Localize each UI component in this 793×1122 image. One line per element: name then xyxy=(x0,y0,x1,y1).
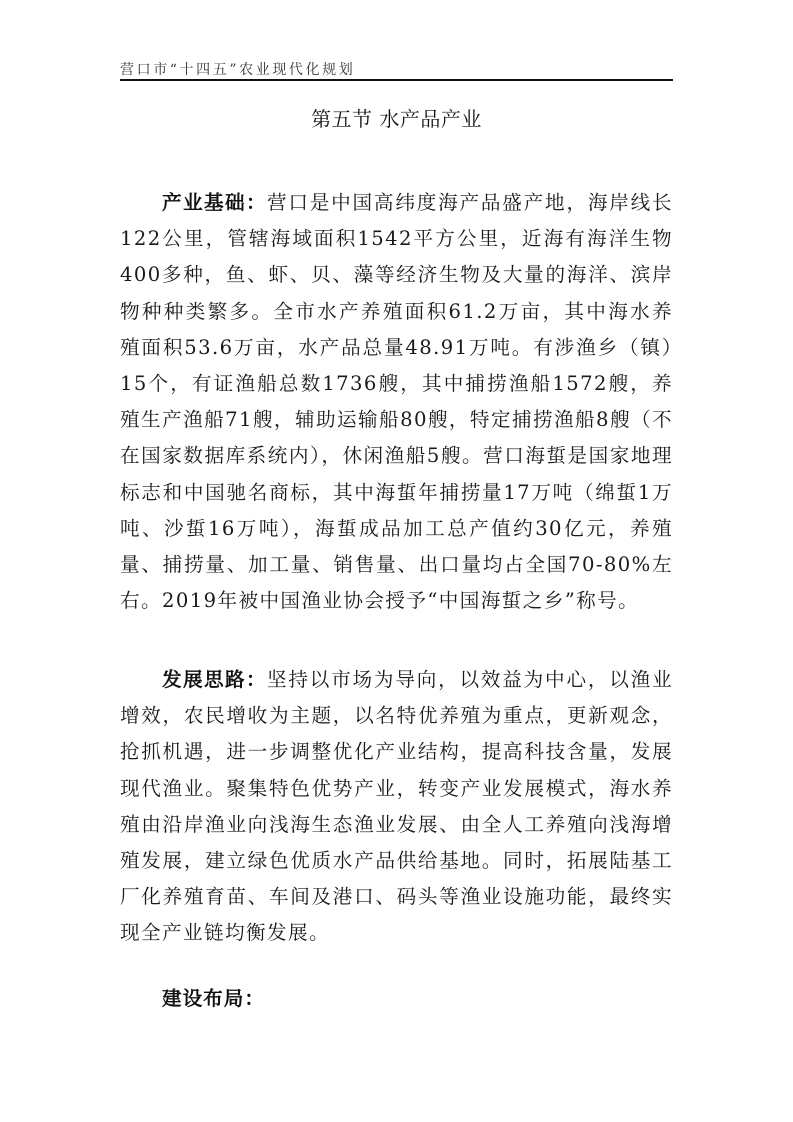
paragraph-lead: 产业基础： xyxy=(162,191,267,214)
paragraph: 建设布局： xyxy=(120,981,673,1017)
header-divider xyxy=(120,79,673,81)
paragraph-industry-foundation: 产业基础：营口是中国高纬度海产品盛产地，海岸线长122公里，管辖海域面积1542… xyxy=(120,185,673,619)
section-title: 第五节 水产品产业 xyxy=(0,106,793,132)
paragraph-lead: 发展思路： xyxy=(162,668,267,691)
paragraph: 产业基础：营口是中国高纬度海产品盛产地，海岸线长122公里，管辖海域面积1542… xyxy=(120,185,673,619)
document-page: 营口市“十四五”农业现代化规划 第五节 水产品产业 产业基础：营口是中国高纬度海… xyxy=(0,0,793,1122)
paragraph-construction-layout: 建设布局： xyxy=(120,981,673,1017)
paragraph-lead: 建设布局： xyxy=(162,987,265,1010)
paragraph: 发展思路：坚持以市场为导向，以效益为中心，以渔业增效，农民增收为主题，以名特优养… xyxy=(120,662,673,952)
paragraph-development-approach: 发展思路：坚持以市场为导向，以效益为中心，以渔业增效，农民增收为主题，以名特优养… xyxy=(120,662,673,952)
paragraph-body: 坚持以市场为导向，以效益为中心，以渔业增效，农民增收为主题，以名特优养殖为重点，… xyxy=(120,668,673,944)
paragraph-body: 营口是中国高纬度海产品盛产地，海岸线长122公里，管辖海域面积1542平方公里，… xyxy=(120,191,673,612)
running-header: 营口市“十四五”农业现代化规划 xyxy=(120,62,673,78)
